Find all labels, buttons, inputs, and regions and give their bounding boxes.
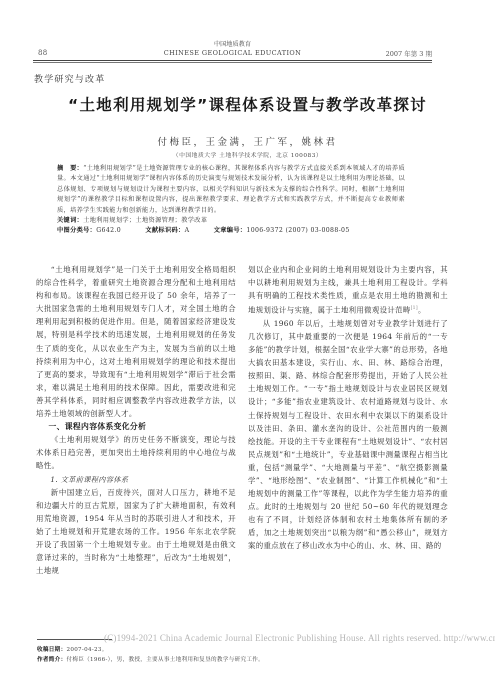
running-head: 88 中国地质教育 CHINESE GEOLOGICAL EDUCATION 2…: [33, 36, 432, 62]
keywords-label: 关键词：: [57, 217, 83, 224]
abstract-label: 摘 要：: [57, 165, 83, 172]
author-bio: 作者简介：付梅臣（1966-），男，教授，主要从事土地利用和复垦的教学与研究工作…: [37, 655, 264, 663]
abstract: 摘 要：“土地利用规划学”是土地资源管理专业的核心课程，其课程体系内容与教学方式…: [57, 164, 405, 216]
author-list: 付梅臣，王金满，王广军，姚林君: [0, 134, 495, 148]
abstract-block: 摘 要：“土地利用规划学”是土地资源管理专业的核心课程，其课程体系内容与教学方式…: [57, 164, 405, 237]
received-value: 2007-04-23。: [66, 647, 107, 653]
paragraph: “土地利用规划学”是一门关于土地利用安全格局组织的综合性科学，着重研究土地资源合…: [36, 263, 236, 420]
author-bio-value: 付梅臣（1966-），男，教授，主要从事土地利用和复垦的教学与研究工作。: [66, 657, 264, 663]
journal-name-en: CHINESE GEOLOGICAL EDUCATION: [33, 49, 432, 58]
received-label: 收稿日期：: [37, 647, 66, 653]
keywords: 关键词：土地利用规划学；土地资源管理；教学改革: [57, 216, 405, 226]
section-heading: 一、课程内容体系变化分析: [36, 420, 236, 433]
abstract-text: “土地利用规划学”是土地资源管理专业的核心课程，其课程体系内容与教学方式直接关系…: [57, 165, 405, 214]
doc-code-value: A: [185, 227, 190, 234]
keywords-text: 土地利用规划学；土地资源管理；教学改革: [83, 217, 207, 224]
paragraph-text: 。: [418, 306, 426, 315]
author-affiliation: （中国地质大学 土地科学技术学院，北京 100083）: [0, 150, 495, 159]
article-title: “土地利用规划学”课程体系设置与教学改革探讨: [0, 93, 495, 115]
body-column-right: 划以企业内和企业间的土地利用规划设计为主要内容，其中以耕地利用规划为主线，兼具土…: [248, 263, 448, 553]
received-date: 收稿日期：2007-04-23。: [37, 645, 108, 653]
body-column-left: “土地利用规划学”是一门关于土地利用安全格局组织的综合性科学，着重研究土地资源合…: [36, 263, 236, 577]
clc-value: G642.0: [96, 227, 121, 234]
subsection-heading: 1. 文革前课程内容体系: [36, 473, 236, 486]
paragraph: 新中国建立后，百废待兴，面对人口压力，耕地不足和边疆大片的亘古荒原，国家为了扩大…: [36, 486, 236, 578]
article-no-label: 文章编号：: [214, 227, 247, 234]
paragraph: 《土地利用规划学》的历史任务不断演变，理论与技术体系日趋完善，更加突出土地持续利…: [36, 433, 236, 472]
section-column-label: 教学研究与改革: [34, 72, 105, 85]
author-bio-label: 作者简介：: [37, 657, 66, 663]
header-divider: [33, 60, 432, 63]
paragraph: 从 1960 年以后，土地规划曾对专业教学计划进行了几次修订，其中最重要的一次便…: [248, 317, 448, 553]
paragraph: 划以企业内和企业间的土地利用规划设计为主要内容，其中以耕地利用规划为主线，兼具土…: [248, 263, 448, 317]
article-no-value: 1006-9372 (2007) 03-0088-05: [246, 227, 349, 234]
issue-label: 2007 年第 3 期: [386, 49, 432, 58]
journal-name-cn: 中国地质教育: [33, 40, 432, 49]
copyright-watermark: (C)1994-2021 China Academic Journal Elec…: [104, 633, 495, 643]
classification-line: 中图分类号：G642.0 文献标识码：A 文章编号：1006-9372 (200…: [57, 226, 405, 236]
journal-name: 中国地质教育 CHINESE GEOLOGICAL EDUCATION: [33, 40, 432, 58]
clc-label: 中图分类号：: [57, 227, 96, 234]
footnote-divider: [37, 639, 112, 640]
citation-ref[interactable]: [1]: [411, 306, 418, 311]
doc-code-label: 文献标识码：: [145, 227, 184, 234]
